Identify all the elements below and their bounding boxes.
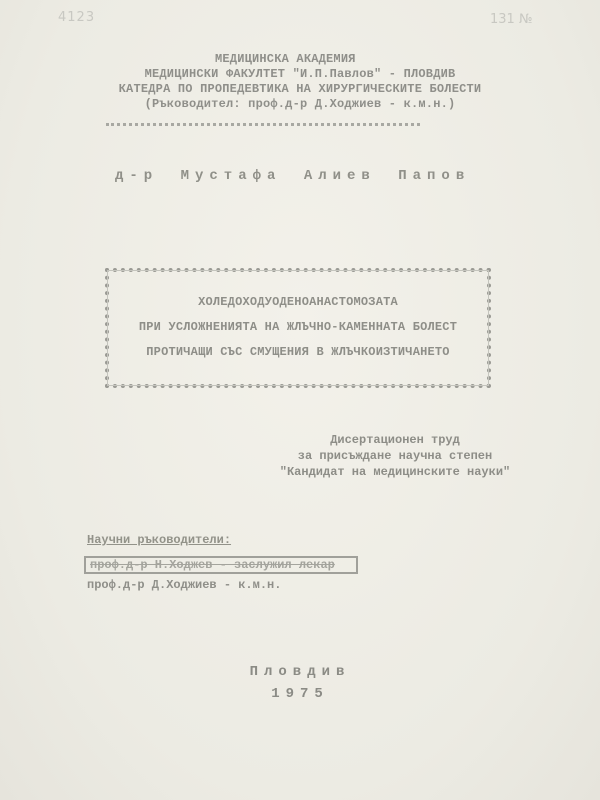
dissertation-line-3: "Кандидат на медицинските науки" <box>270 464 520 480</box>
dissertation-line-1: Дисертационен труд <box>270 432 520 448</box>
header-line-4: (Ръководител: проф.д-р Д.Ходжиев - к.м.н… <box>0 97 600 112</box>
header-line-2: МЕДИЦИНСКИ ФАКУЛТЕТ "И.П.Павлов" - ПЛОВД… <box>0 67 600 82</box>
year: 1975 <box>0 686 600 702</box>
header-line-1: МЕДИЦИНСКА АКАДЕМИЯ <box>0 52 600 67</box>
dissertation-note: Дисертационен труд за присъждане научна … <box>270 432 520 480</box>
author-name: д-р Мустафа Алиев Папов <box>115 168 470 184</box>
pencil-mark-top-right: 131 № <box>490 12 532 27</box>
supervisors-heading: Научни ръководители: <box>87 533 231 547</box>
document-page: 4123 131 № МЕДИЦИНСКА АКАДЕМИЯ МЕДИЦИНСК… <box>0 0 600 800</box>
pencil-mark-top-left: 4123 <box>58 10 95 25</box>
title-line-1: ХОЛЕДОХОДУОДЕНОАНАСТОМОЗАТА <box>109 295 487 309</box>
title-box: ХОЛЕДОХОДУОДЕНОАНАСТОМОЗАТА ПРИ УСЛОЖНЕН… <box>105 268 491 388</box>
header-institution: МЕДИЦИНСКА АКАДЕМИЯ МЕДИЦИНСКИ ФАКУЛТЕТ … <box>0 52 600 112</box>
title-line-2: ПРИ УСЛОЖНЕНИЯТА НА ЖЛЪЧНО-КАМЕННАТА БОЛ… <box>109 320 487 334</box>
supervisor-1-struck: проф.д-р Н.Ходжев - заслужил лекар <box>84 556 358 574</box>
place: Пловдив <box>0 664 600 680</box>
dissertation-line-2: за присъждане научна степен <box>270 448 520 464</box>
header-rule <box>106 123 420 126</box>
supervisor-2: проф.д-р Д.Ходжиев - к.м.н. <box>87 578 281 592</box>
title-line-3: ПРОТИЧАЩИ СЪС СМУЩЕНИЯ В ЖЛЪЧКОИЗТИЧАНЕТ… <box>109 345 487 359</box>
header-line-3: КАТЕДРА ПО ПРОПЕДЕВТИКА НА ХИРУРГИЧЕСКИТ… <box>0 82 600 97</box>
